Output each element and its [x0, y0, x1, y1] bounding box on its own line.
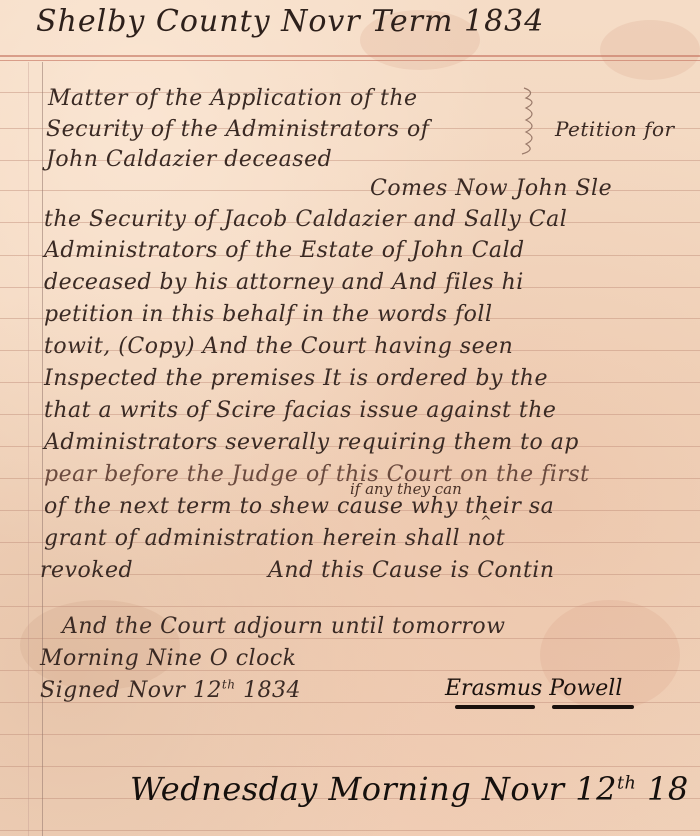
signed-day: 12	[193, 678, 222, 703]
adjournment-line-1: And the Court adjourn until tomorrow	[62, 614, 505, 639]
body-line-5: petition in this behalf in the words fol…	[44, 302, 493, 327]
signed-line: Signed Novr 12th 1834	[40, 678, 301, 703]
next-entry-heading: Wednesday Morning Novr 12th 18	[130, 770, 689, 808]
body-line-8: that a writs of Scire facias issue again…	[44, 398, 556, 423]
next-entry-day: 12	[575, 770, 617, 808]
signed-label: Signed Novr	[40, 678, 185, 703]
caption-side-note: Petition for	[555, 117, 675, 141]
paper-stain	[600, 20, 700, 80]
body-line-4: deceased by his attorney and And files h…	[44, 270, 524, 295]
adjournment-line-2: Morning Nine O clock	[40, 646, 297, 671]
signature: Erasmus Powell	[445, 676, 622, 701]
next-entry-text: Wednesday Morning Novr	[130, 770, 565, 808]
ruled-line	[0, 766, 700, 767]
ledger-page: Shelby County Novr Term 1834 Matter of t…	[0, 0, 700, 836]
signature-underline	[552, 705, 634, 709]
next-entry-day-suffix: th	[617, 773, 636, 793]
margin-line	[42, 62, 43, 836]
ruled-line	[0, 734, 700, 735]
caption-line-3: John Caldazier deceased	[46, 147, 332, 172]
body-line-10: pear before the Judge of this Court on t…	[44, 462, 590, 487]
header-rule	[0, 55, 700, 57]
body-line-1: Comes Now John Sle	[370, 176, 612, 201]
next-entry-year: 18	[647, 770, 689, 808]
body-line-9: Administrators severally requiring them …	[44, 430, 579, 455]
margin-line-outer	[28, 62, 29, 836]
caption-line-1: Matter of the Application of the	[48, 86, 418, 111]
signature-underline	[455, 705, 535, 709]
caption-line-2: Security of the Administrators of	[46, 117, 429, 142]
body-line-6: towit, (Copy) And the Court having seen	[44, 334, 513, 359]
brace-icon	[518, 86, 546, 156]
body-line-12: grant of administration herein shall not	[44, 526, 505, 551]
signed-day-suffix: th	[222, 678, 236, 692]
body-line-2: the Security of Jacob Caldazier and Sall…	[44, 207, 567, 232]
header-rule	[0, 60, 700, 61]
body-line-14: And this Cause is Contin	[268, 558, 555, 583]
ruled-line	[0, 606, 700, 607]
body-line-3: Administrators of the Estate of John Cal…	[44, 238, 525, 263]
page-header: Shelby County Novr Term 1834	[36, 4, 544, 39]
signed-year: 1834	[243, 678, 301, 703]
body-line-13: revoked	[40, 558, 133, 583]
ruled-line	[0, 830, 700, 831]
body-line-11: of the next term to shew cause why their…	[44, 494, 554, 519]
body-line-7: Inspected the premises It is ordered by …	[44, 366, 548, 391]
